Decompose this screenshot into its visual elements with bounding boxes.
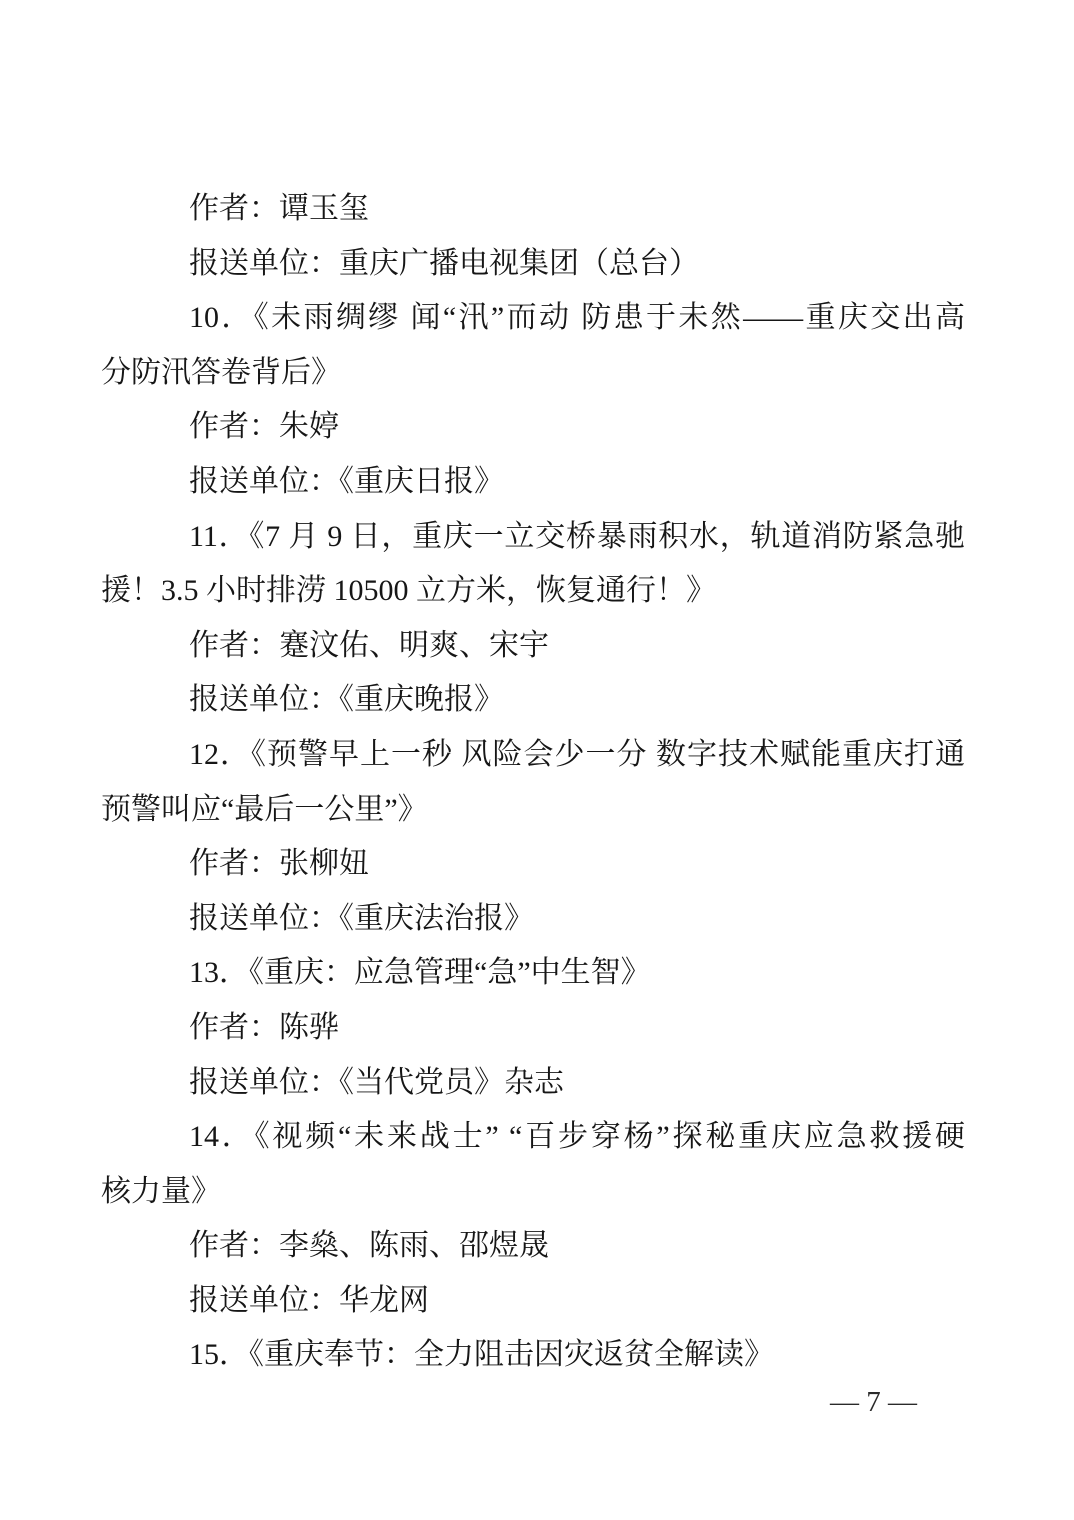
author-line-entry10: 作者：朱婷 [101,400,965,455]
report-unit-line-entry14: 报送单位：华龙网 [101,1274,965,1329]
entry-15-title-line: 15．《重庆奉节：全力阻击因灾返贫全解读》 [101,1328,965,1383]
document-page: 作者：谭玉玺 报送单位：重庆广播电视集团（总台） 10．《未雨绸缪 闻“汛”而动… [0,0,1074,1520]
report-unit-line-entry9: 报送单位：重庆广播电视集团（总台） [101,237,965,292]
entry-14-title-line-1: 14．《视频“未来战士” “百步穿杨”探秘重庆应急救援硬 [101,1110,965,1165]
report-unit-line-entry10: 报送单位：《重庆日报》 [101,455,965,510]
document-body: 作者：谭玉玺 报送单位：重庆广播电视集团（总台） 10．《未雨绸缪 闻“汛”而动… [101,182,965,1383]
author-line-entry14: 作者：李燊、陈雨、邵煜晟 [101,1219,965,1274]
report-unit-line-entry11: 报送单位：《重庆晚报》 [101,673,965,728]
entry-12-title-line-1: 12．《预警早上一秒 风险会少一分 数字技术赋能重庆打通 [101,728,965,783]
entry-14-title-line-2: 核力量》 [101,1165,965,1220]
entry-11-title-line-2: 援！3.5 小时排涝 10500 立方米，恢复通行！》 [101,564,965,619]
entry-10-title-line-2: 分防汛答卷背后》 [101,346,965,401]
author-line-entry11: 作者：蹇汶佑、明爽、宋宇 [101,619,965,674]
report-unit-line-entry13: 报送单位：《当代党员》杂志 [101,1056,965,1111]
author-line-entry13: 作者：陈骅 [101,1001,965,1056]
entry-13-title-line: 13．《重庆：应急管理“急”中生智》 [101,946,965,1001]
author-line-entry9: 作者：谭玉玺 [101,182,965,237]
page-number: — 7 — [101,1382,917,1422]
entry-10-title-line-1: 10．《未雨绸缪 闻“汛”而动 防患于未然——重庆交出高 [101,291,965,346]
entry-11-title-line-1: 11．《7 月 9 日，重庆一立交桥暴雨积水，轨道消防紧急驰 [101,510,965,565]
author-line-entry12: 作者：张柳妞 [101,837,965,892]
entry-12-title-line-2: 预警叫应“最后一公里”》 [101,783,965,838]
report-unit-line-entry12: 报送单位：《重庆法治报》 [101,892,965,947]
